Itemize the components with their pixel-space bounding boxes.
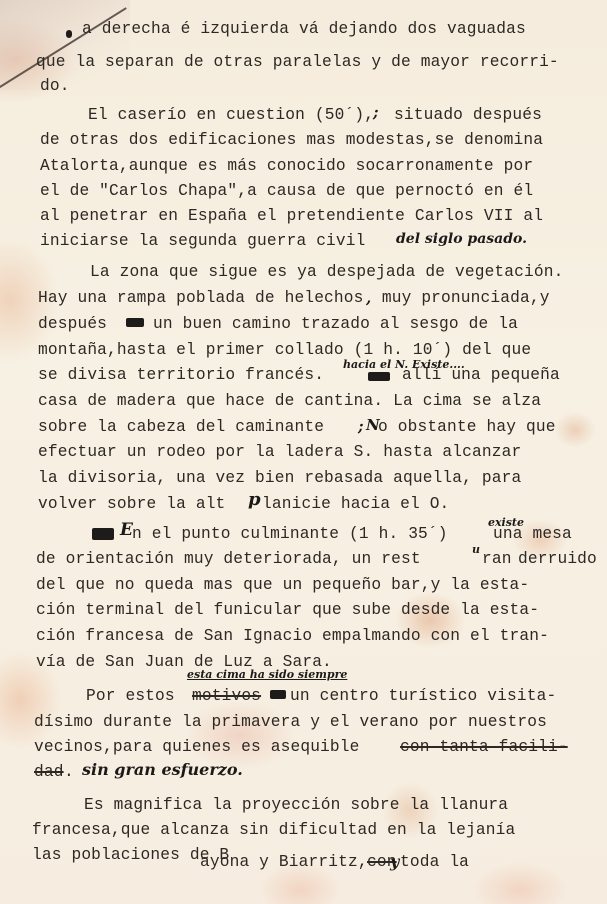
text-line: ran [482,549,512,569]
text-line: se divisa territorio francés. [38,365,324,385]
text-line: francesa,que alcanza sin dificultad en l… [32,820,515,840]
handwritten-insert-y: y [390,852,399,871]
ink-scribble [270,690,286,699]
text-line: que la separan de otras paralelas y de m… [36,52,559,72]
text-line: dísimo durante la primavera y el verano … [34,712,547,732]
text-line-struck: motivos [192,686,261,706]
text-line: allí una pequeña [402,365,560,385]
text-line: casa de madera que hace de cantina. La c… [38,391,541,411]
handwritten-mark: ; [373,103,379,121]
text-line: ción terminal del funicular que sube des… [36,600,539,620]
text-line: volver sobre la alt [38,494,225,514]
handwritten-comma: , [366,289,371,307]
text-line: lanicie hacia el O. [262,494,449,514]
ink-mark [66,30,72,38]
text-line: un buen camino trazado al sesgo de la [153,314,518,334]
text-line: La zona que sigue es ya despejada de veg… [90,262,563,282]
text-line: situado después [394,105,542,125]
text-line: efectuar un rodeo por la ladera S. hasta… [38,442,521,462]
text-line: vecinos,para quienes es asequible [34,737,369,757]
text-line: sobre la cabeza del caminante [38,417,324,437]
handwritten-annotation: sin gran esfuerzo. [82,760,243,779]
text-line: de otras dos edificaciones mas modestas,… [40,130,543,150]
ink-scribble [92,528,114,540]
text-line: Atalorta,aunque es más conocido socarron… [40,156,533,176]
text-line: ción francesa de San Ignacio empalmando … [36,626,549,646]
text-line: do. [40,76,70,96]
handwritten-annotation: esta cima ha sido siempre [187,668,347,681]
text-line: o obstante hay que [378,417,556,437]
handwritten-insert-u: u [472,543,480,556]
text-line: Hay una rampa poblada de helechos [38,288,364,308]
text-line: El caserío en cuestion (50´), [88,105,374,125]
text-line-struck: con tanta facili- [400,737,568,757]
text-line: a derecha é izquierda vá dejando dos vag… [82,19,526,39]
text-line: del que no queda mas que un pequeño bar,… [36,575,529,595]
text-line: el de "Carlos Chapa",a causa de que pern… [40,181,533,201]
text-line: Es magnifica la proyección sobre la llan… [84,795,508,815]
handwritten-mark: ; [358,417,364,435]
ink-scribble [368,372,390,381]
text-line: un centro turístico visita- [290,686,556,706]
text-line: al penetrar en España el pretendiente Ca… [40,206,543,226]
text-line: después [38,314,107,334]
text-line: n el punto culminante (1 h. 35´) [132,524,448,544]
text-line: ayona y Biarritz, [200,852,368,872]
handwritten-annotation: del siglo pasado. [396,231,527,247]
text-line: la divisoria, una vez bien rebasada aque… [38,468,521,488]
text-line: iniciarse la segunda guerra civil [40,231,366,251]
text-line: de orientación muy deteriorada, un rest [36,549,421,569]
text-line: una mesa [493,524,572,544]
handwritten-insert-p: p [248,489,261,510]
ink-scribble [126,318,144,327]
text-line: derruido [518,549,597,569]
text-line: montaña,hasta el primer collado (1 h. 10… [38,340,531,360]
document-page: a derecha é izquierda vá dejando dos vag… [0,0,607,904]
text-line-struck: dad [34,762,64,782]
text-line: toda la [400,852,469,872]
text-line: Por estos [86,686,185,706]
text-line: . [64,762,74,782]
text-line: muy pronunciada,y [372,288,550,308]
